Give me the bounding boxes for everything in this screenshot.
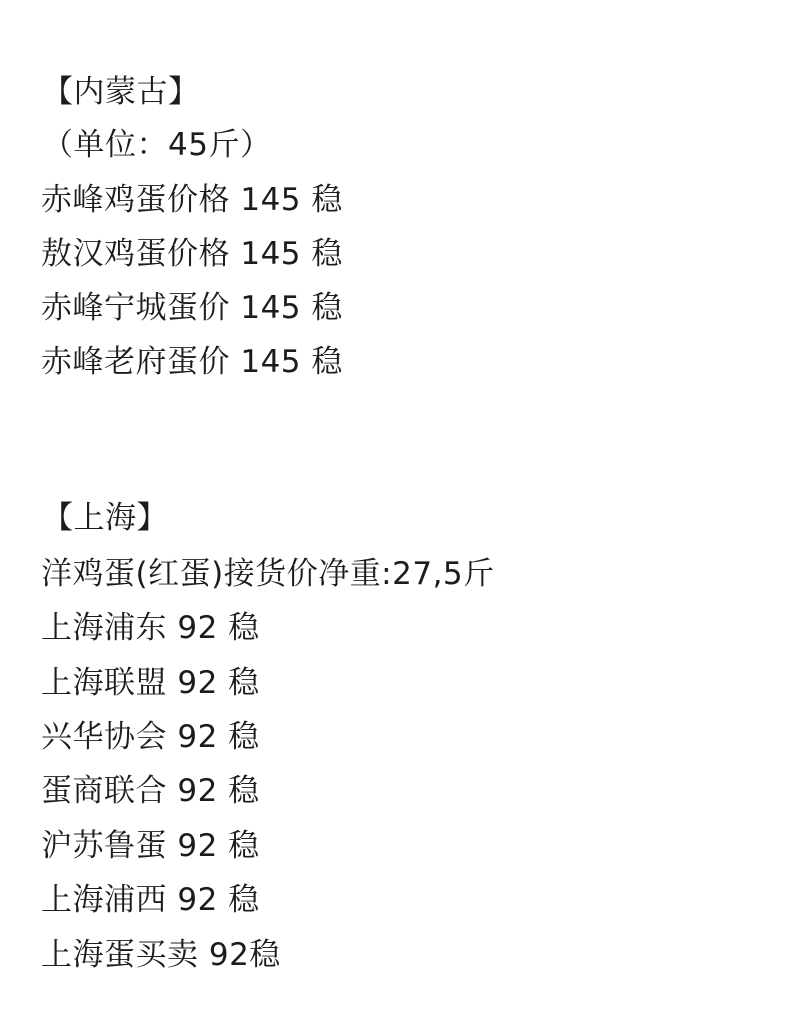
- price-line: 赤峰老府蛋价 145 稳: [41, 342, 343, 382]
- price-line: 敖汉鸡蛋价格 145 稳: [41, 234, 343, 274]
- unit-note: （单位：45斤）: [42, 125, 271, 165]
- price-line: 上海联盟 92 稳: [41, 663, 260, 703]
- section-title: 【上海】: [42, 498, 168, 538]
- price-line: 蛋商联合 92 稳: [41, 771, 260, 811]
- price-line: 沪苏鲁蛋 92 稳: [41, 826, 260, 866]
- price-line: 兴华协会 92 稳: [41, 717, 260, 757]
- price-line: 上海蛋买卖 92稳: [41, 935, 281, 975]
- section-title: 【内蒙古】: [42, 72, 200, 112]
- price-line: 上海浦西 92 稳: [41, 880, 260, 920]
- price-line: 上海浦东 92 稳: [41, 608, 260, 648]
- price-line: 赤峰鸡蛋价格 145 稳: [41, 180, 343, 220]
- unit-note: 洋鸡蛋(红蛋)接货价净重:27,5斤: [41, 554, 495, 594]
- price-line: 赤峰宁城蛋价 145 稳: [41, 288, 343, 328]
